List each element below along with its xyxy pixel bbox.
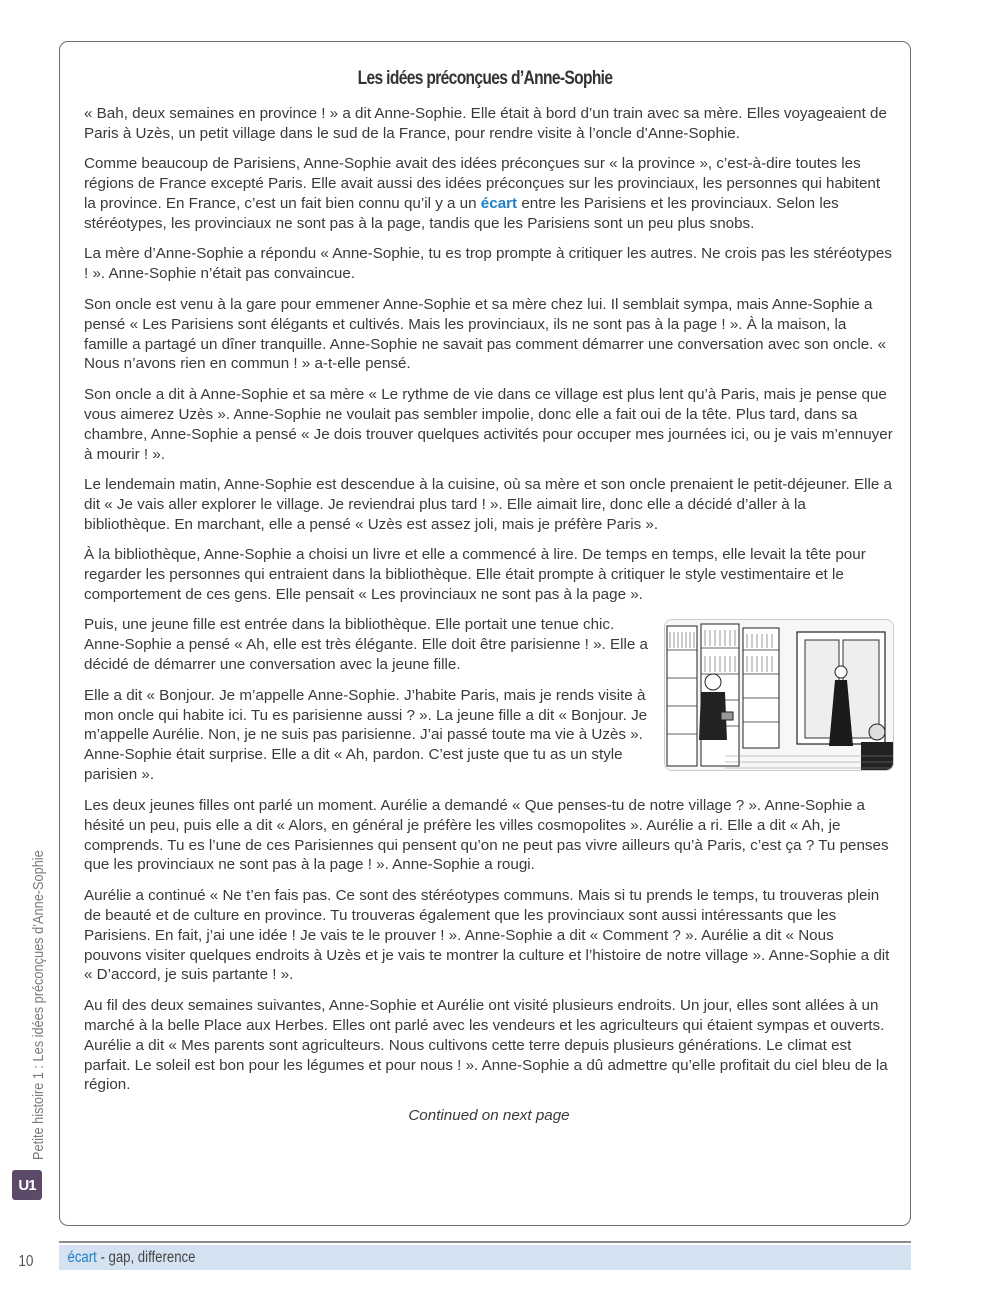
glossary-word: écart (68, 1249, 97, 1266)
paragraph: À la bibliothèque, Anne-Sophie a choisi … (84, 545, 894, 605)
running-title: Petite histoire 1 : Les idées préconçues… (28, 825, 48, 1165)
paragraph: Aurélie a continué « Ne t’en fais pas. C… (84, 886, 894, 986)
paragraph: « Bah, deux semaines en province ! » a d… (84, 104, 894, 144)
paragraph: Les deux jeunes filles ont parlé un mome… (84, 796, 894, 876)
unit-badge: U1 (12, 1170, 42, 1200)
continued-note: Continued on next page (84, 1106, 894, 1126)
paragraph: Son oncle a dit à Anne-Sophie et sa mère… (84, 385, 894, 465)
paragraph: Le lendemain matin, Anne-Sophie est desc… (84, 475, 894, 535)
story-body: « Bah, deux semaines en province ! » a d… (84, 104, 894, 1126)
glossary-definition: - gap, difference (97, 1249, 196, 1266)
footer-divider (59, 1241, 911, 1243)
library-scene-illustration (664, 619, 894, 771)
paragraph: La mère d’Anne-Sophie a répondu « Anne-S… (84, 244, 894, 284)
story-title: Les idées préconçues d’Anne-Sophie (136, 68, 835, 90)
paragraph: Comme beaucoup de Parisiens, Anne-Sophie… (84, 154, 894, 234)
glossary-bar: écart - gap, difference (59, 1245, 911, 1270)
illustration-graphic (665, 620, 893, 770)
glossary-keyword[interactable]: écart (481, 195, 517, 212)
page-number: 10 (18, 1253, 33, 1271)
paragraph: Au fil des deux semaines suivantes, Anne… (84, 996, 894, 1096)
paragraph: Son oncle est venu à la gare pour emmene… (84, 295, 894, 375)
